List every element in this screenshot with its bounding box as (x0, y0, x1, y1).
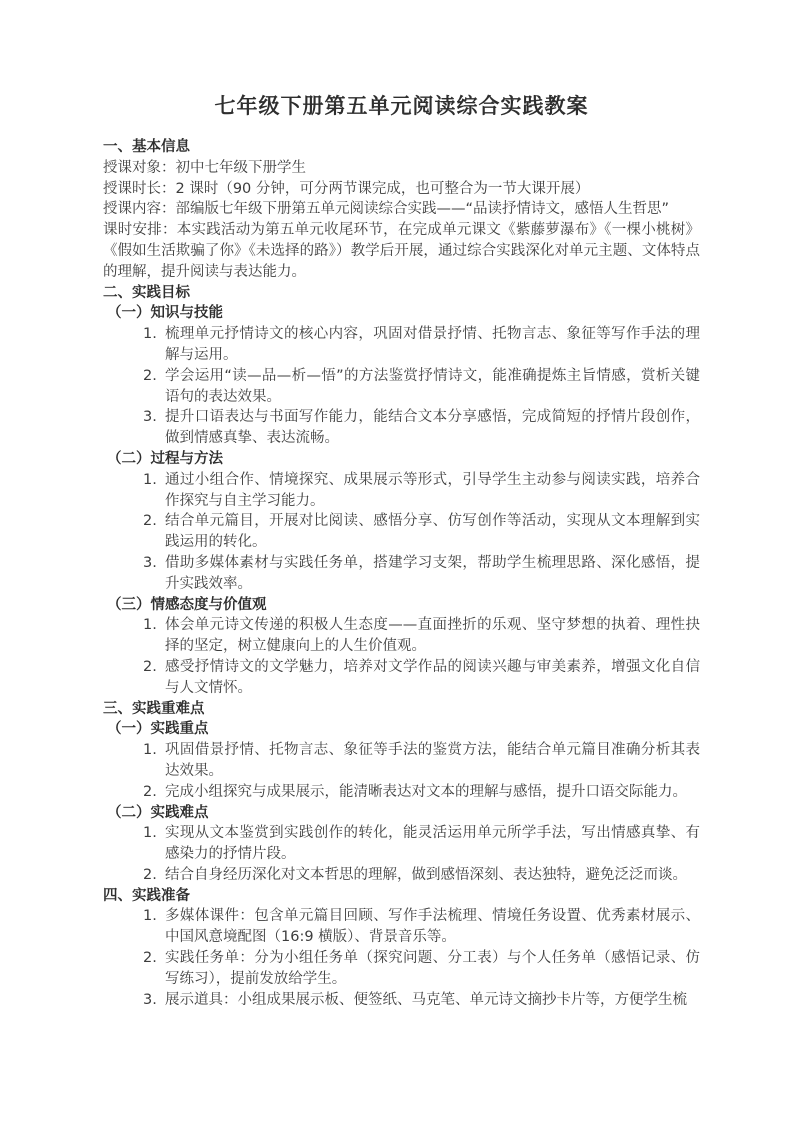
list-item-number: 1. (143, 740, 157, 761)
list-item-text: 梳理单元抒情诗文的核心内容，巩固对借景抒情、托物言志、象征等写作手法的理解与运用… (165, 326, 700, 363)
list-item-number: 2. (143, 782, 157, 803)
list-item-number: 3. (143, 990, 157, 1011)
list-item-text: 感受抒情诗文的文学魅力，培养对文学作品的阅读兴趣与审美素养，增强文化自信与人文情… (165, 659, 700, 696)
paragraph: 授课内容：部编版七年级下册第五单元阅读综合实践——“品读抒情诗文，感悟人生哲思” (103, 199, 700, 220)
list-item-number: 2. (143, 948, 157, 969)
list-item-text: 实现从文本鉴赏到实践创作的转化，能灵活运用单元所学手法，写出情感真挚、有感染力的… (165, 825, 700, 862)
list-item-text: 通过小组合作、情境探究、成果展示等形式，引导学生主动参与阅读实践，培养合作探究与… (165, 472, 700, 509)
list-item: 1.巩固借景抒情、托物言志、象征等手法的鉴赏方法，能结合单元篇目准确分析其表达效… (103, 740, 700, 782)
paragraph: 授课时长：2 课时（90 分钟，可分两节课完成，也可整合为一节大课开展） (103, 179, 700, 200)
list-item-number: 2. (143, 511, 157, 532)
document-title: 七年级下册第五单元阅读综合实践教案 (103, 94, 700, 119)
list-item-text: 展示道具：小组成果展示板、便签纸、马克笔、单元诗文摘抄卡片等，方便学生梳 (165, 992, 687, 1008)
list-item-number: 1. (143, 823, 157, 844)
list-item: 1.体会单元诗文传递的积极人生态度——直面挫折的乐观、坚守梦想的执着、理性抉择的… (103, 615, 700, 657)
list-item-number: 2. (143, 865, 157, 886)
section-heading: 三、实践重难点 (103, 699, 700, 720)
list-item-text: 巩固借景抒情、托物言志、象征等手法的鉴赏方法，能结合单元篇目准确分析其表达效果。 (165, 742, 700, 779)
list-item-text: 多媒体课件：包含单元篇目回顾、写作手法梳理、情境任务设置、优秀素材展示、中国风意… (165, 908, 700, 945)
section-heading: 二、实践目标 (103, 283, 700, 304)
list-item-text: 结合自身经历深化对文本哲思的理解，做到感悟深刻、表达独特，避免泛泛而谈。 (165, 867, 687, 883)
paragraph: 授课对象：初中七年级下册学生 (103, 158, 700, 179)
list-item: 1.实现从文本鉴赏到实践创作的转化，能灵活运用单元所学手法，写出情感真挚、有感染… (103, 823, 700, 865)
list-item: 3.借助多媒体素材与实践任务单，搭建学习支架，帮助学生梳理思路、深化感悟，提升实… (103, 553, 700, 595)
sub-section-heading: （一）实践重点 (103, 719, 700, 740)
list-item: 2.结合单元篇目，开展对比阅读、感悟分享、仿写创作等活动，实现从文本理解到实践运… (103, 511, 700, 553)
paragraph: 课时安排：本实践活动为第五单元收尾环节，在完成单元课文《紫藤萝瀑布》《一棵小桃树… (103, 220, 700, 282)
sub-section-heading: （二）实践难点 (103, 803, 700, 824)
list-item-text: 学会运用“读—品—析—悟”的方法鉴赏抒情诗文，能准确提炼主旨情感，赏析关键语句的… (165, 368, 700, 405)
list-item-number: 2. (143, 366, 157, 387)
sub-section-heading: （三）情感态度与价值观 (103, 595, 700, 616)
list-item: 1.梳理单元抒情诗文的核心内容，巩固对借景抒情、托物言志、象征等写作手法的理解与… (103, 324, 700, 366)
list-item-text: 提升口语表达与书面写作能力，能结合文本分享感悟，完成简短的抒情片段创作，做到情感… (165, 409, 700, 446)
list-item: 3.提升口语表达与书面写作能力，能结合文本分享感悟，完成简短的抒情片段创作，做到… (103, 407, 700, 449)
sub-section-heading: （二）过程与方法 (103, 449, 700, 470)
section-heading: 一、基本信息 (103, 137, 700, 158)
list-item: 3.展示道具：小组成果展示板、便签纸、马克笔、单元诗文摘抄卡片等，方便学生梳 (103, 990, 700, 1011)
list-item-number: 1. (143, 324, 157, 345)
list-item: 2.感受抒情诗文的文学魅力，培养对文学作品的阅读兴趣与审美素养，增强文化自信与人… (103, 657, 700, 699)
list-item: 2.学会运用“读—品—析—悟”的方法鉴赏抒情诗文，能准确提炼主旨情感，赏析关键语… (103, 366, 700, 408)
sub-section-heading: （一）知识与技能 (103, 303, 700, 324)
list-item-number: 3. (143, 553, 157, 574)
list-item: 2.结合自身经历深化对文本哲思的理解，做到感悟深刻、表达独特，避免泛泛而谈。 (103, 865, 700, 886)
list-item-number: 2. (143, 657, 157, 678)
list-item-number: 1. (143, 615, 157, 636)
list-item-text: 体会单元诗文传递的积极人生态度——直面挫折的乐观、坚守梦想的执着、理性抉择的坚定… (165, 617, 700, 654)
document-body: 一、基本信息授课对象：初中七年级下册学生授课时长：2 课时（90 分钟，可分两节… (103, 137, 700, 1010)
section-heading: 四、实践准备 (103, 886, 700, 907)
list-item: 1.通过小组合作、情境探究、成果展示等形式，引导学生主动参与阅读实践，培养合作探… (103, 470, 700, 512)
list-item: 1.多媒体课件：包含单元篇目回顾、写作手法梳理、情境任务设置、优秀素材展示、中国… (103, 906, 700, 948)
list-item-number: 1. (143, 470, 157, 491)
list-item: 2.实践任务单：分为小组任务单（探究问题、分工表）与个人任务单（感悟记录、仿写练… (103, 948, 700, 990)
list-item-text: 结合单元篇目，开展对比阅读、感悟分享、仿写创作等活动，实现从文本理解到实践运用的… (165, 513, 700, 550)
list-item-number: 3. (143, 407, 157, 428)
list-item-text: 实践任务单：分为小组任务单（探究问题、分工表）与个人任务单（感悟记录、仿写练习）… (165, 950, 700, 987)
list-item-text: 借助多媒体素材与实践任务单，搭建学习支架，帮助学生梳理思路、深化感悟，提升实践效… (165, 555, 700, 592)
document-page: 七年级下册第五单元阅读综合实践教案 一、基本信息授课对象：初中七年级下册学生授课… (0, 0, 794, 1123)
list-item: 2.完成小组探究与成果展示，能清晰表达对文本的理解与感悟，提升口语交际能力。 (103, 782, 700, 803)
list-item-number: 1. (143, 906, 157, 927)
list-item-text: 完成小组探究与成果展示，能清晰表达对文本的理解与感悟，提升口语交际能力。 (165, 784, 687, 800)
